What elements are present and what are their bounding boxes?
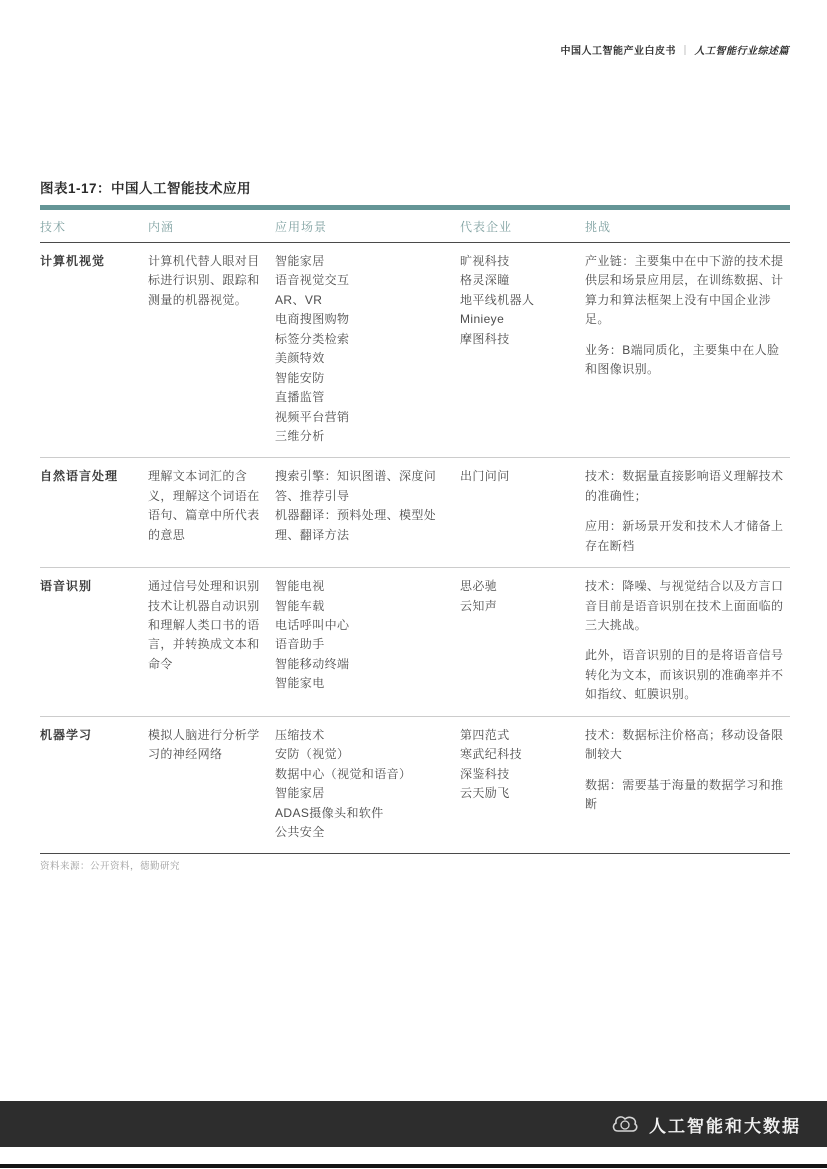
table-row-machine-learning: 机器学习 模拟人脑进行分析学习的神经网络 压缩技术安防（视觉）数据中心（视觉和语… <box>40 717 790 855</box>
scenario-item: ADAS摄像头和软件 <box>275 804 446 823</box>
scenario-item: 安防（视觉） <box>275 745 446 764</box>
source-note: 资料来源：公开资料，德勤研究 <box>40 854 790 872</box>
scenario-item: 搜索引擎：知识图谱、深度问答、推荐引导 <box>275 467 446 506</box>
col-header-companies: 代表企业 <box>460 218 585 235</box>
challenge-list: 技术：降噪、与视觉结合以及方言口音目前是语音识别在技术上面面临的三大挑战。此外，… <box>585 577 790 705</box>
tech-name: 语音识别 <box>40 577 148 705</box>
scenario-list: 压缩技术安防（视觉）数据中心（视觉和语音）智能家居ADAS摄像头和软件公共安全 <box>275 726 460 843</box>
scenario-item: 视频平台营销 <box>275 408 446 427</box>
company-item: 摩图科技 <box>460 330 575 349</box>
challenge-paragraph: 技术：数据标注价格高；移动设备限制较大 <box>585 726 790 765</box>
tech-definition: 模拟人脑进行分析学习的神经网络 <box>148 726 275 843</box>
col-header-tech: 技术 <box>40 218 148 235</box>
tech-definition: 理解文本词汇的含义，理解这个词语在语句、篇章中所代表的意思 <box>148 467 275 556</box>
company-item: 格灵深瞳 <box>460 271 575 290</box>
challenge-paragraph: 技术：数据量直接影响语义理解技术的准确性； <box>585 467 790 506</box>
table-header-row: 技术 内涵 应用场景 代表企业 挑战 <box>40 205 790 243</box>
challenge-paragraph: 技术：降噪、与视觉结合以及方言口音目前是语音识别在技术上面面临的三大挑战。 <box>585 577 790 635</box>
company-item: 云天励飞 <box>460 784 575 803</box>
scenario-item: 机器翻译：预料处理、模型处理、翻译方法 <box>275 506 446 545</box>
challenge-paragraph: 数据：需要基于海量的数据学习和推断 <box>585 776 790 815</box>
doc-section-title: 人工智能行业综述篇 <box>695 46 790 57</box>
col-header-definition: 内涵 <box>148 218 275 235</box>
scenario-item: 压缩技术 <box>275 726 446 745</box>
scenario-item: 数据中心（视觉和语音） <box>275 765 446 784</box>
company-item: 旷视科技 <box>460 252 575 271</box>
company-item: 地平线机器人 <box>460 291 575 310</box>
tech-name: 机器学习 <box>40 726 148 843</box>
header-separator: ｜ <box>680 46 691 57</box>
col-header-scenarios: 应用场景 <box>275 218 460 235</box>
scenario-item: 公共安全 <box>275 823 446 842</box>
company-item: 寒武纪科技 <box>460 745 575 764</box>
scenario-item: 智能家居 <box>275 784 446 803</box>
scenario-list: 搜索引擎：知识图谱、深度问答、推荐引导机器翻译：预料处理、模型处理、翻译方法 <box>275 467 460 556</box>
challenge-paragraph: 产业链：主要集中在中下游的技术提供层和场景应用层，在训练数据、计算力和算法框架上… <box>585 252 790 330</box>
scenario-list: 智能家居语音视觉交互AR、VR电商搜图购物标签分类检索美颜特效智能安防直播监管视… <box>275 252 460 446</box>
scenario-list: 智能电视智能车载电话呼叫中心语音助手智能移动终端智能家电 <box>275 577 460 705</box>
table-row-computer-vision: 计算机视觉 计算机代替人眼对目标进行识别、跟踪和测量的机器视觉。 智能家居语音视… <box>40 243 790 458</box>
challenge-paragraph: 业务：B端同质化，主要集中在人脸和图像识别。 <box>585 341 790 380</box>
challenge-list: 技术：数据标注价格高；移动设备限制较大数据：需要基于海量的数据学习和推断 <box>585 726 790 843</box>
scenario-item: 美颜特效 <box>275 349 446 368</box>
challenge-paragraph: 此外，语音识别的目的是将语音信号转化为文本，而该识别的准确率并不如指纹、虹膜识别… <box>585 646 790 704</box>
scenario-item: 标签分类检索 <box>275 330 446 349</box>
scenario-item: 语音视觉交互 <box>275 271 446 290</box>
doc-title: 中国人工智能产业白皮书 <box>561 46 677 57</box>
scenario-item: 智能家电 <box>275 674 446 693</box>
company-list: 思必驰云知声 <box>460 577 585 705</box>
scenario-item: 智能家居 <box>275 252 446 271</box>
company-list: 第四范式寒武纪科技深鉴科技云天励飞 <box>460 726 585 843</box>
challenge-list: 产业链：主要集中在中下游的技术提供层和场景应用层，在训练数据、计算力和算法框架上… <box>585 252 790 446</box>
company-item: 出门问问 <box>460 467 575 486</box>
running-header: 中国人工智能产业白皮书｜人工智能行业综述篇 <box>561 42 790 57</box>
table-row-speech-recognition: 语音识别 通过信号处理和识别技术让机器自动识别和理解人类口书的语言，并转换成文本… <box>40 568 790 717</box>
challenge-paragraph: 应用：新场景开发和技术人才储备上存在断档 <box>585 517 790 556</box>
tech-definition: 通过信号处理和识别技术让机器自动识别和理解人类口书的语言，并转换成文本和命令 <box>148 577 275 705</box>
figure-title: 图表1-17：中国人工智能技术应用 <box>40 177 251 197</box>
scenario-item: 智能车载 <box>275 597 446 616</box>
col-header-challenges: 挑战 <box>585 218 790 235</box>
scenario-item: 智能安防 <box>275 369 446 388</box>
company-item: 思必驰 <box>460 577 575 596</box>
table-row-nlp: 自然语言处理 理解文本词汇的含义，理解这个词语在语句、篇章中所代表的意思 搜索引… <box>40 458 790 568</box>
watermark-logo-icon <box>610 1111 640 1137</box>
company-item: 深鉴科技 <box>460 765 575 784</box>
scenario-item: 三维分析 <box>275 427 446 446</box>
scenario-item: 直播监管 <box>275 388 446 407</box>
challenge-list: 技术：数据量直接影响语义理解技术的准确性；应用：新场景开发和技术人才储备上存在断… <box>585 467 790 556</box>
watermark-bar: 人工智能和大数据 <box>0 1101 827 1147</box>
company-list: 旷视科技格灵深瞳地平线机器人Minieye摩图科技 <box>460 252 585 446</box>
watermark-text: 人工智能和大数据 <box>649 1112 801 1137</box>
scenario-item: AR、VR <box>275 291 446 310</box>
bottom-border-line <box>0 1164 827 1168</box>
tech-name: 计算机视觉 <box>40 252 148 446</box>
tech-definition: 计算机代替人眼对目标进行识别、跟踪和测量的机器视觉。 <box>148 252 275 446</box>
scenario-item: 电话呼叫中心 <box>275 616 446 635</box>
scenario-item: 语音助手 <box>275 635 446 654</box>
scenario-item: 电商搜图购物 <box>275 310 446 329</box>
company-item: 云知声 <box>460 597 575 616</box>
scenario-item: 智能电视 <box>275 577 446 596</box>
scenario-item: 智能移动终端 <box>275 655 446 674</box>
company-item: 第四范式 <box>460 726 575 745</box>
tech-application-table: 技术 内涵 应用场景 代表企业 挑战 计算机视觉 计算机代替人眼对目标进行识别、… <box>40 205 790 872</box>
company-list: 出门问问 <box>460 467 585 556</box>
company-item: Minieye <box>460 310 575 329</box>
document-page: 中国人工智能产业白皮书｜人工智能行业综述篇 图表1-17：中国人工智能技术应用 … <box>0 0 827 1169</box>
tech-name: 自然语言处理 <box>40 467 148 556</box>
